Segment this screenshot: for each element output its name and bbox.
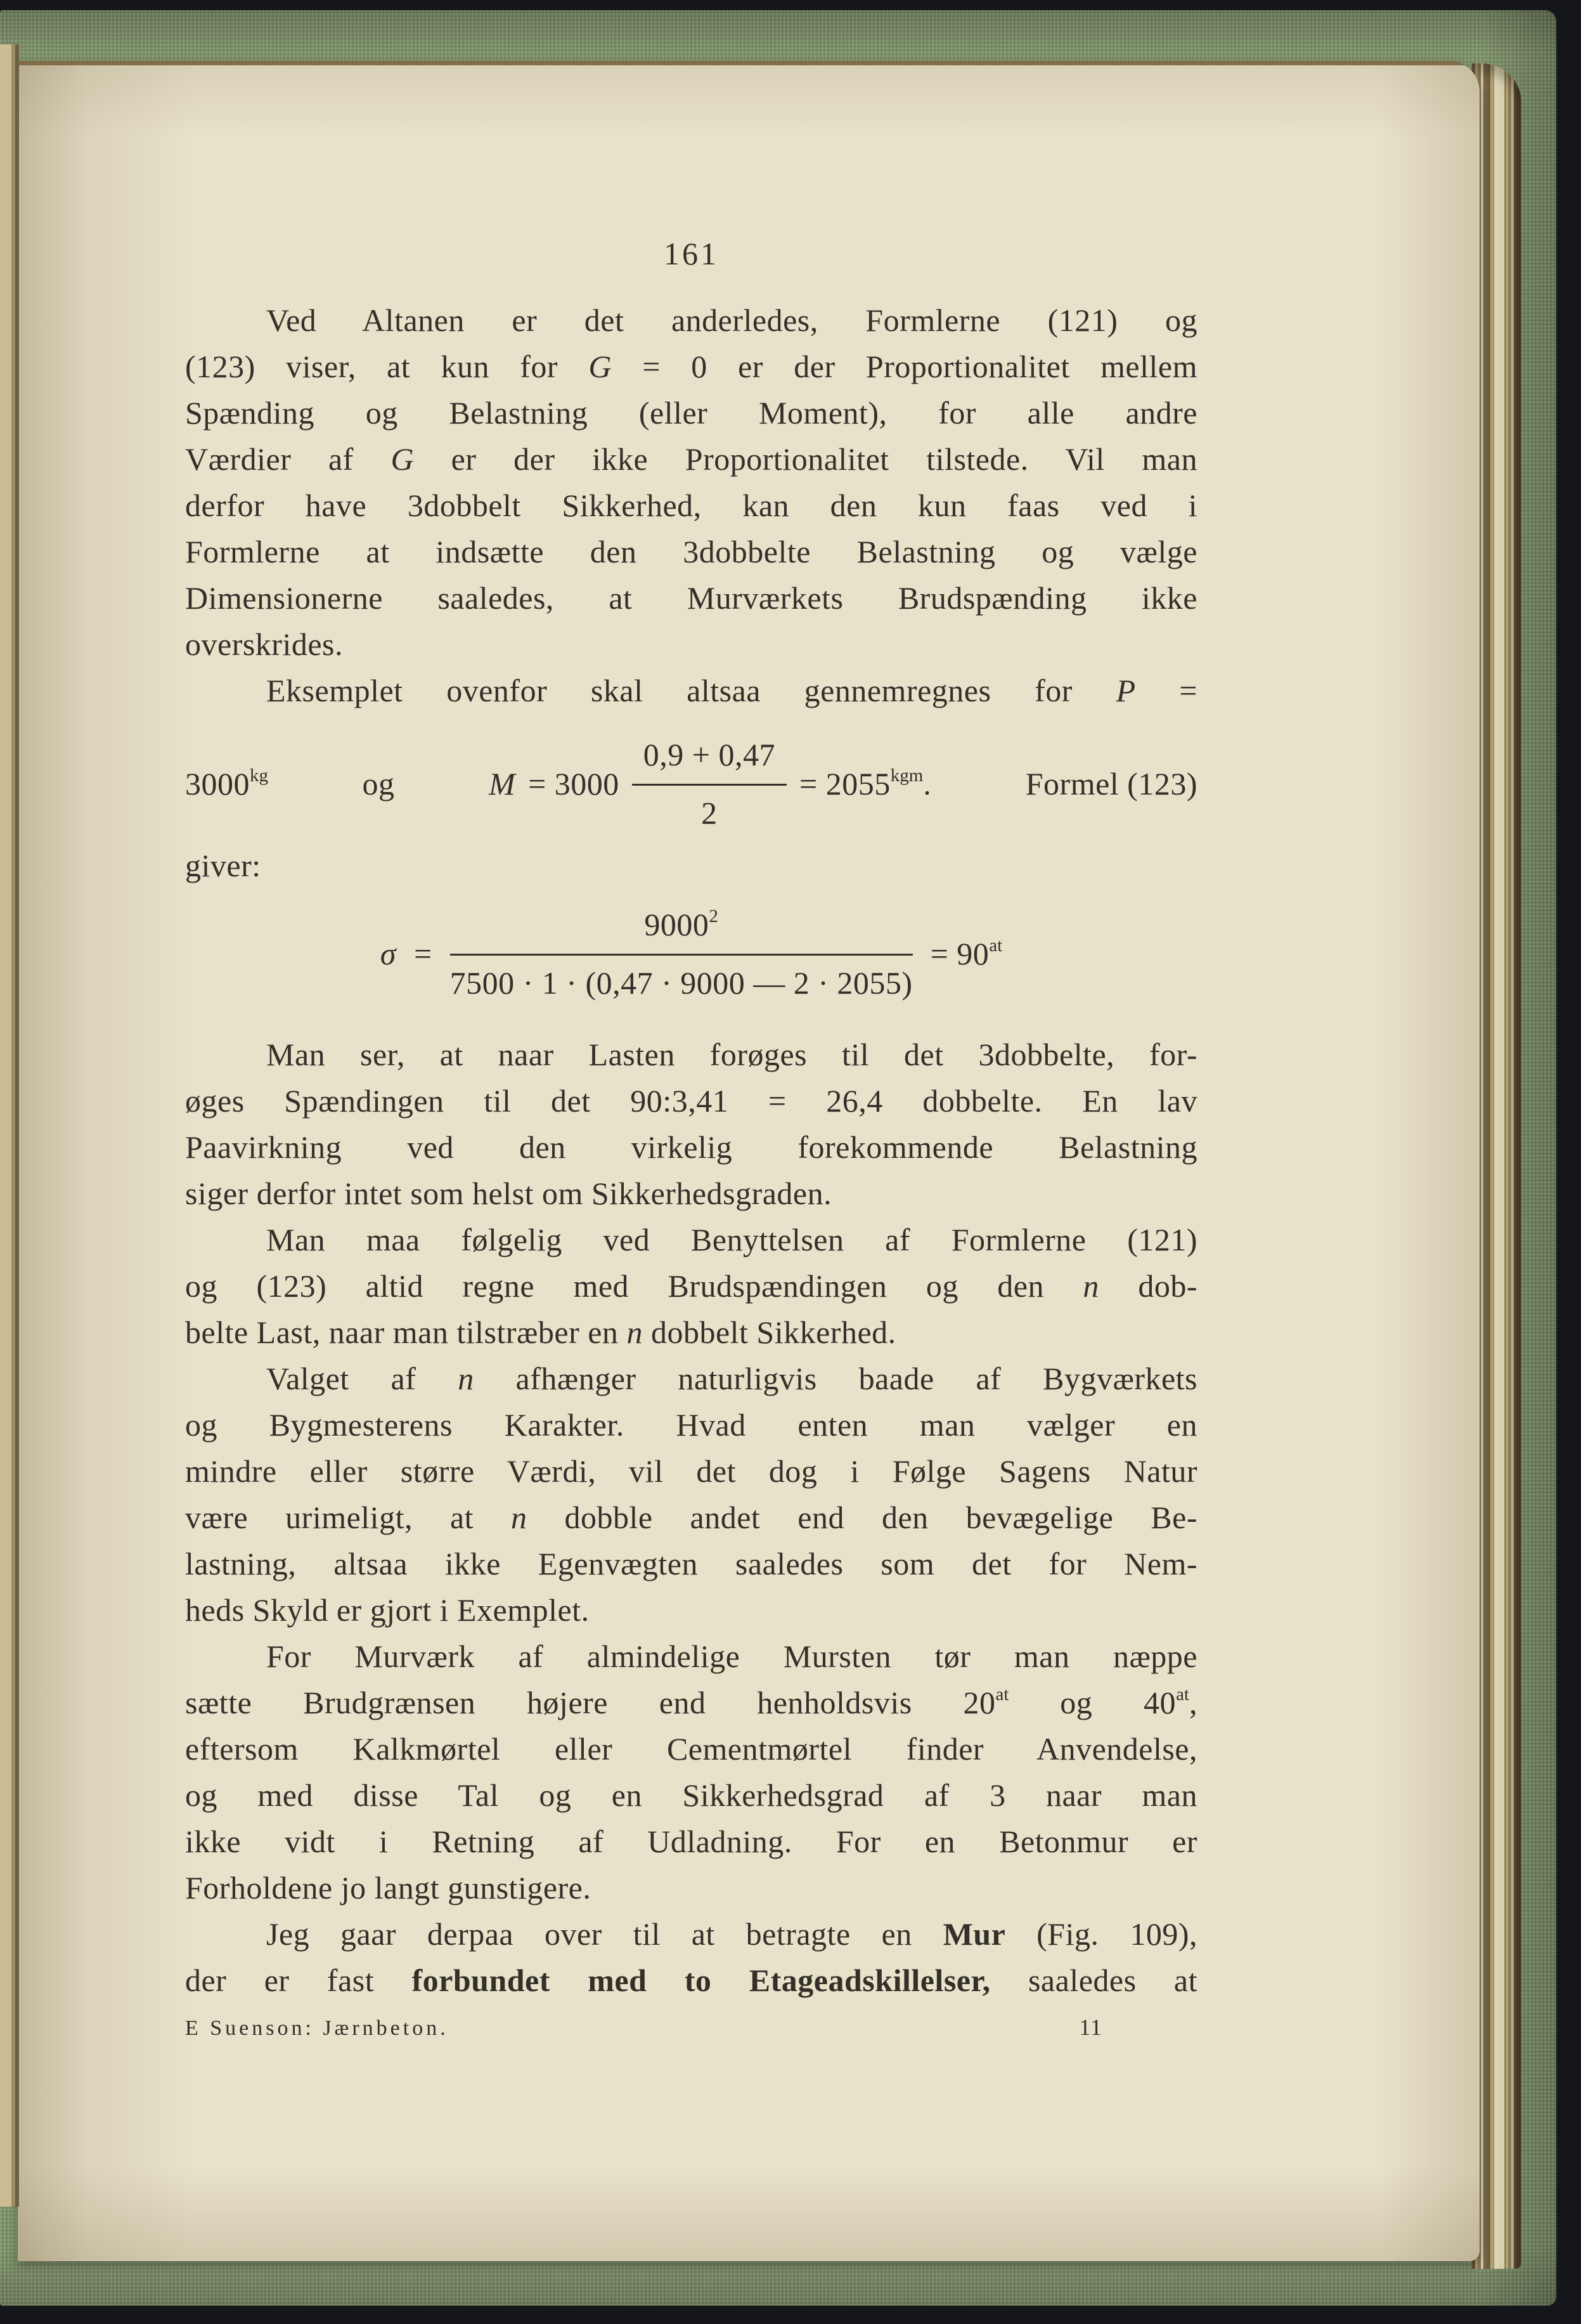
unit-superscript: kgm [891,765,924,786]
text-segment: Spænding og Belastning (eller Moment), f… [185,395,1197,431]
fraction-numerator: 90002 [450,902,913,956]
paragraph: Eksemplet ovenfor skal altsaa gennemregn… [185,668,1197,714]
text-segment: Man ser, at naar Lasten forøges til det … [266,1037,1197,1072]
text-segment: er der ikke Proportionalitet tilstede. V… [414,441,1197,477]
text-segment: forbundet med to Etageadskillelser, [411,1963,990,1998]
text-segment: være urimeligt, at [185,1500,511,1535]
text-segment: og Bygmesterens Karakter. Hvad enten man… [185,1407,1197,1443]
text-segment: G [588,349,612,384]
text-line: Dimensionerne saaledes, at Murværkets Br… [185,575,1197,621]
text-segment: Værdier af [185,441,390,477]
text-line: eftersom Kalkmørtel eller Cementmørtel f… [185,1726,1197,1772]
formula-load-term: 3000kg [185,761,268,807]
text-segment: Paavirkning ved den virkelig forekommend… [185,1129,1197,1165]
text-segment: sætte Brudgrænsen højere end henholdsvis… [185,1685,996,1720]
fraction: 90002 7500 · 1 · (0,47 · 9000 — 2 · 2055… [450,902,913,1006]
text-line: sætte Brudgrænsen højere end henholdsvis… [185,1680,1197,1726]
text-segment: n [511,1500,527,1535]
text-segment: og (123) altid regne med Brudspændingen … [185,1268,1083,1304]
text-segment: n [458,1361,474,1396]
text-segment: giver: [185,848,261,883]
text-segment: For Murværk af almindelige Mursten tør m… [266,1639,1197,1674]
text-segment: Forholdene jo langt gunstigere. [185,1870,591,1905]
text-segment: Ved Altanen er det anderledes, Formlerne… [266,302,1197,338]
text-line: og Bygmesterens Karakter. Hvad enten man… [185,1402,1197,1448]
text-segment: belte Last, naar man tilstræber en [185,1315,626,1350]
text-line: lastning, altsaa ikke Egenvægten saalede… [185,1541,1197,1587]
unit-superscript: kg [250,765,268,786]
text-segment: Jeg gaar derpaa over til at betragte en [266,1916,943,1952]
text-segment: n [1083,1268,1099,1304]
fraction-denominator: 7500 · 1 · (0,47 · 9000 — 2 · 2055) [450,956,913,1006]
formula-result: = 90at [931,931,1003,977]
text-line: For Murværk af almindelige Mursten tør m… [185,1633,1197,1680]
paragraph: Ved Altanen er det anderledes, Formlerne… [185,297,1197,668]
text-segment: P [1116,673,1136,708]
text-line: og med disse Tal og en Sikkerhedsgrad af… [185,1772,1197,1819]
paragraph: For Murværk af almindelige Mursten tør m… [185,1633,1197,1911]
variable-sigma: σ [380,931,396,977]
paragraph: Man ser, at naar Lasten forøges til det … [185,1032,1197,1217]
text-segment: Man maa følgelig ved Benyttelsen af Form… [266,1222,1197,1257]
text-line: siger derfor intet som helst om Sikkerhe… [185,1171,1197,1217]
text-line: være urimeligt, at n dobble andet end de… [185,1495,1197,1541]
adjacent-page-edge [0,44,19,2207]
equals-sign: = [414,931,432,977]
book-photo: 161 Ved Altanen er det anderledes, Forml… [0,0,1581,2324]
text-segment: mindre eller større Værdi, vil det dog i… [185,1453,1197,1489]
text-segment: eftersom Kalkmørtel eller Cementmørtel f… [185,1731,1197,1767]
text-line: overskrides. [185,621,1197,668]
text-line: Spænding og Belastning (eller Moment), f… [185,390,1197,436]
text-segment: saaledes at [991,1963,1197,1998]
exponent-superscript: 2 [709,906,718,926]
paragraph: Man maa følgelig ved Benyttelsen af Form… [185,1217,1197,1356]
body-flow: Ved Altanen er det anderledes, Formlerne… [185,297,1197,2004]
text-segment: og med disse Tal og en Sikkerhedsgrad af… [185,1777,1197,1813]
paragraph: giver: [185,843,1197,889]
paragraph: Jeg gaar derpaa over til at betragte en … [185,1911,1197,2004]
text-segment: dobbelt Sikkerhed. [643,1315,896,1350]
text-segment: (Fig. 109), [1005,1916,1197,1952]
formula-sigma: σ = 90002 7500 · 1 · (0,47 · 9000 — 2 · … [185,902,1197,1006]
text-segment: at [1176,1684,1189,1704]
text-segment: overskrides. [185,626,343,662]
text-segment: Valget af [266,1361,458,1396]
text-line: (123) viser, at kun for G = 0 er der Pro… [185,344,1197,390]
book-page: 161 Ved Altanen er det anderledes, Forml… [18,61,1480,2261]
text-block: 161 Ved Altanen er det anderledes, Forml… [185,231,1197,2044]
text-segment: G [390,441,414,477]
fraction-numerator: 0,9 + 0,47 [632,732,787,786]
formula-moment-equation: M = 3000 0,9 + 0,47 2 = 2055kgm. [489,732,931,836]
text-line: Forholdene jo langt gunstigere. [185,1865,1197,1911]
formula-result: = 2055kgm. [799,761,931,807]
text-line: Ved Altanen er det anderledes, Formlerne… [185,297,1197,344]
running-title: E Suenson: Jærnbeton. [185,2013,449,2044]
text-line: heds Skyld er gjort i Exemplet. [185,1587,1197,1633]
text-line: belte Last, naar man tilstræber en n dob… [185,1309,1197,1356]
text-segment: dob- [1099,1268,1197,1304]
text-segment: Eksemplet ovenfor skal altsaa gennemregn… [266,673,1116,708]
text-line: derfor have 3dobbelt Sikkerhed, kan den … [185,483,1197,529]
text-segment: , [1189,1685,1197,1720]
fraction: 0,9 + 0,47 2 [632,732,787,836]
text-segment: siger derfor intet som helst om Sikkerhe… [185,1176,832,1211]
text-segment: n [626,1315,643,1350]
text-line: Eksemplet ovenfor skal altsaa gennemregn… [185,668,1197,714]
text-line: Man maa følgelig ved Benyttelsen af Form… [185,1217,1197,1263]
text-line: og (123) altid regne med Brudspændingen … [185,1263,1197,1309]
variable-M: M [489,761,515,807]
text-segment: derfor have 3dobbelt Sikkerhed, kan den … [185,488,1197,523]
signature-number: 11 [1079,2011,1102,2043]
fraction-denominator: 2 [632,786,787,836]
text-segment: Mur [943,1916,1006,1952]
text-line: giver: [185,843,1197,889]
text-line: der er fast forbundet med to Etageadskil… [185,1957,1197,2004]
text-segment: heds Skyld er gjort i Exemplet. [185,1592,590,1628]
text-segment: lastning, altsaa ikke Egenvægten saalede… [185,1546,1197,1581]
text-segment: Dimensionerne saaledes, at Murværkets Br… [185,580,1197,616]
text-line: Paavirkning ved den virkelig forekommend… [185,1124,1197,1171]
text-segment: Formlerne at indsætte den 3dobbelte Bela… [185,534,1197,569]
text-segment: at [996,1684,1009,1704]
text-segment: afhænger naturligvis baade af Bygværkets [474,1361,1197,1396]
text-line: mindre eller større Værdi, vil det dog i… [185,1448,1197,1495]
text-segment: dobble andet end den bevægelige Be- [527,1500,1198,1535]
text-segment: = 0 er der Proportionalitet mellem [612,349,1197,384]
text-line: Værdier af G er der ikke Proportionalite… [185,436,1197,483]
unit-superscript: at [989,935,1002,956]
text-line: Jeg gaar derpaa over til at betragte en … [185,1911,1197,1957]
text-line: ikke vidt i Retning af Udladning. For en… [185,1819,1197,1865]
formula-moment: 3000kg og M = 3000 0,9 + 0,47 2 = 2055kg… [185,732,1197,836]
text-segment: der er fast [185,1963,411,1998]
text-line: Valget af n afhænger naturligvis baade a… [185,1356,1197,1402]
text-line: Formlerne at indsætte den 3dobbelte Bela… [185,529,1197,575]
text-segment: ikke vidt i Retning af Udladning. For en… [185,1824,1197,1859]
formula-label: Formel (123) [1026,761,1197,807]
text-segment: (123) viser, at kun for [185,349,588,384]
paragraph: Valget af n afhænger naturligvis baade a… [185,1356,1197,1633]
text-line: øges Spændingen til det 90:3,41 = 26,4 d… [185,1078,1197,1124]
page-footer: E Suenson: Jærnbeton. 11 [185,2011,1197,2044]
equals-term: = 3000 [528,761,619,807]
text-segment: øges Spændingen til det 90:3,41 = 26,4 d… [185,1083,1197,1119]
text-segment: = [1136,673,1197,708]
page-number: 161 [185,231,1197,277]
text-segment: og 40 [1009,1685,1176,1720]
formula-og: og [362,761,394,807]
text-line: Man ser, at naar Lasten forøges til det … [185,1032,1197,1078]
